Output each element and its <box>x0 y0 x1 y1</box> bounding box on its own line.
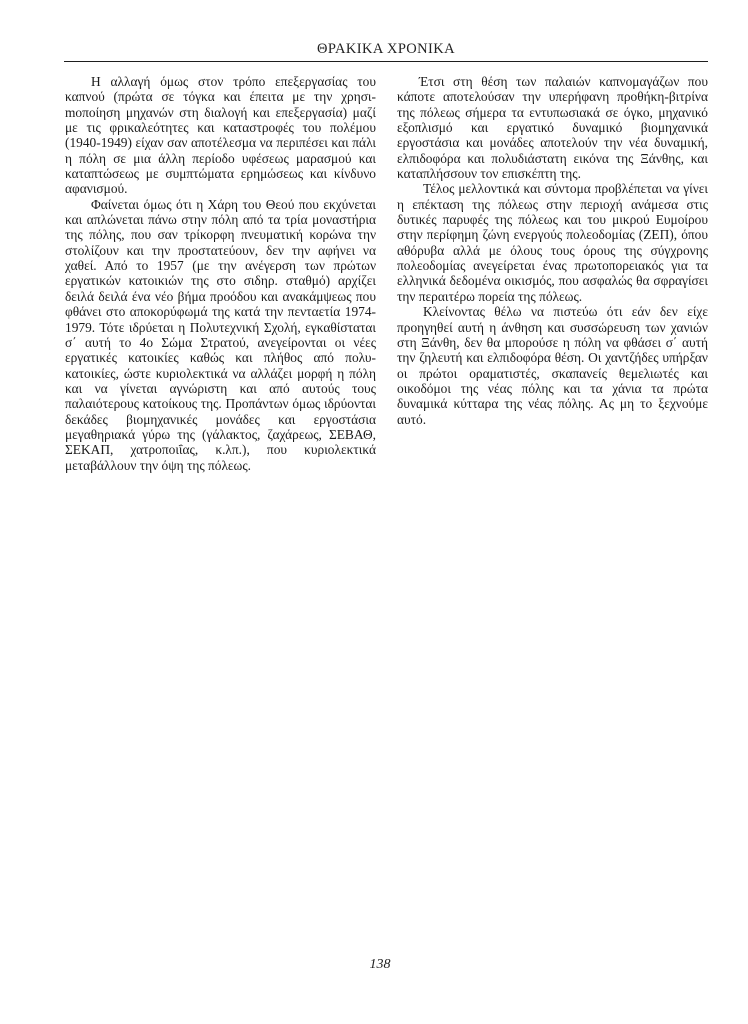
header-rule <box>64 61 708 62</box>
running-title: ΘΡΑΚΙΚΑ ΧΡΟΝΙΚΑ <box>64 40 708 58</box>
paragraph: Τέλος μελλοντικά και σύντομα προβλέπεται… <box>397 181 708 304</box>
left-column: Η αλλαγή όμως στον τρόπο επεξεργασίας το… <box>65 74 376 473</box>
document-page: ΘΡΑΚΙΚΑ ΧΡΟΝΙΚΑ Η αλλαγή όμως στον τρόπο… <box>0 0 748 1024</box>
paragraph: Φαίνεται όμως ότι η Χάρη του Θεού που εκ… <box>65 197 376 473</box>
paragraph: Έτσι στη θέση των παλαιών καπνομαγάζων π… <box>397 74 708 181</box>
page-number: 138 <box>340 957 420 973</box>
right-column: Έτσι στη θέση των παλαιών καπνομαγάζων π… <box>397 74 708 427</box>
paragraph: Η αλλαγή όμως στον τρόπο επεξεργασίας το… <box>65 74 376 197</box>
paragraph: Κλείνοντας θέλω να πιστεύω ότι εάν δεν ε… <box>397 304 708 427</box>
